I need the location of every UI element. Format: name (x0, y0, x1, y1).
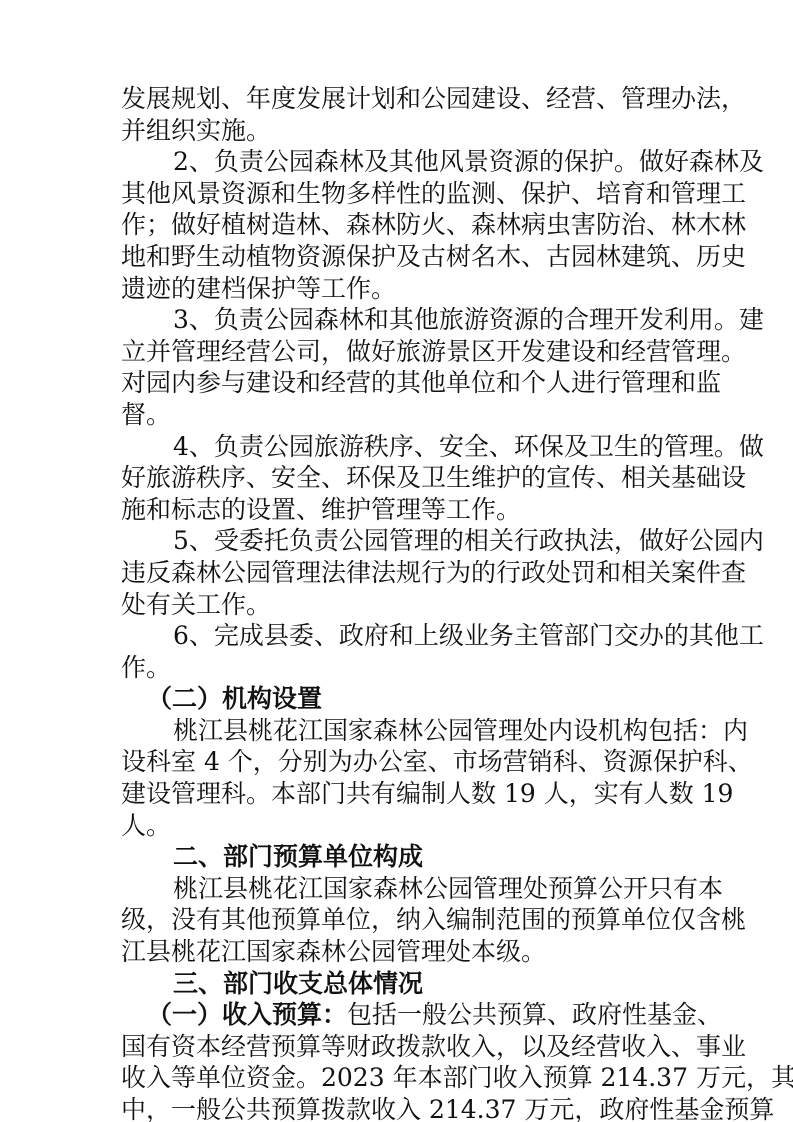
section-heading-income-expenditure: 三、部门收支总体情况 (121, 968, 682, 1000)
duty-item-6: 6、完成县委、政府和上级业务主管部门交办的其他工 (121, 620, 682, 652)
section-heading-budget-units: 二、部门预算单位构成 (121, 841, 682, 873)
text-line: 作。 (121, 652, 682, 684)
text-line: 督。 (121, 399, 682, 431)
text-line: 人。 (121, 810, 682, 842)
text-line: 中，一般公共预算拨款收入 214.37 万元，政府性基金预算 (121, 1094, 682, 1122)
text-line: 江县桃花江国家森林公园管理处本级。 (121, 936, 682, 968)
duty-item-4: 4、负责公园旅游秩序、安全、环保及卫生的管理。做 (121, 431, 682, 463)
text-line: 建设管理科。本部门共有编制人数 19 人，实有人数 19 (121, 778, 682, 810)
text-line: 遗迹的建档保护等工作。 (121, 273, 682, 305)
text-line: 好旅游秩序、安全、环保及卫生维护的宣传、相关基础设 (121, 462, 682, 494)
text-line: 设科室 4 个，分别为办公室、市场营销科、资源保护科、 (121, 746, 682, 778)
text-line: 施和标志的设置、维护管理等工作。 (121, 494, 682, 526)
text-line: 桃江县桃花江国家森林公园管理处预算公开只有本 (121, 873, 682, 905)
section-heading-organization: （二）机构设置 (121, 683, 682, 715)
text-line: 地和野生动植物资源保护及古树名木、古园林建筑、历史 (121, 241, 682, 273)
text-line: 包括一般公共预算、政府性基金、 (347, 1000, 722, 1029)
text-line: 级，没有其他预算单位，纳入编制范围的预算单位仅含桃 (121, 904, 682, 936)
text-line: 其他风景资源和生物多样性的监测、保护、培育和管理工 (121, 178, 682, 210)
text-line: 发展规划、年度发展计划和公园建设、经营、管理办法， (121, 83, 682, 115)
income-budget-line: （一）收入预算：包括一般公共预算、政府性基金、 (121, 999, 682, 1031)
text-line: 桃江县桃花江国家森林公园管理处内设机构包括：内 (121, 715, 682, 747)
section-income-expenditure: 三、部门收支总体情况 （一）收入预算：包括一般公共预算、政府性基金、 国有资本经… (121, 968, 682, 1122)
income-budget-label: （一）收入预算： (147, 1000, 347, 1029)
text-line: 国有资本经营预算等财政拨款收入，以及经营收入、事业 (121, 1031, 682, 1063)
text-line: 对园内参与建设和经营的其他单位和个人进行管理和监 (121, 367, 682, 399)
duty-item-2: 2、负责公园森林及其他风景资源的保护。做好森林及 (121, 146, 682, 178)
duty-item-3: 3、负责公园森林和其他旅游资源的合理开发利用。建 (121, 304, 682, 336)
text-line: 收入等单位资金。2023 年本部门收入预算 214.37 万元，其 (121, 1062, 682, 1094)
text-line: 处有关工作。 (121, 589, 682, 621)
section-budget-units: 二、部门预算单位构成 桃江县桃花江国家森林公园管理处预算公开只有本 级，没有其他… (121, 841, 682, 967)
text-line: 立并管理经营公司，做好旅游景区开发建设和经营管理。 (121, 336, 682, 368)
section-organization: （二）机构设置 桃江县桃花江国家森林公园管理处内设机构包括：内 设科室 4 个，… (121, 683, 682, 841)
text-line: 作；做好植树造林、森林防火、森林病虫害防治、林木林 (121, 209, 682, 241)
text-line: 违反森林公园管理法律法规行为的行政处罚和相关案件查 (121, 557, 682, 589)
duty-item-5: 5、受委托负责公园管理的相关行政执法，做好公园内 (121, 525, 682, 557)
document-page: 发展规划、年度发展计划和公园建设、经营、管理办法， 并组织实施。 2、负责公园森… (121, 83, 682, 1122)
text-line: 并组织实施。 (121, 115, 682, 147)
duties-list: 发展规划、年度发展计划和公园建设、经营、管理办法， 并组织实施。 2、负责公园森… (121, 83, 682, 683)
